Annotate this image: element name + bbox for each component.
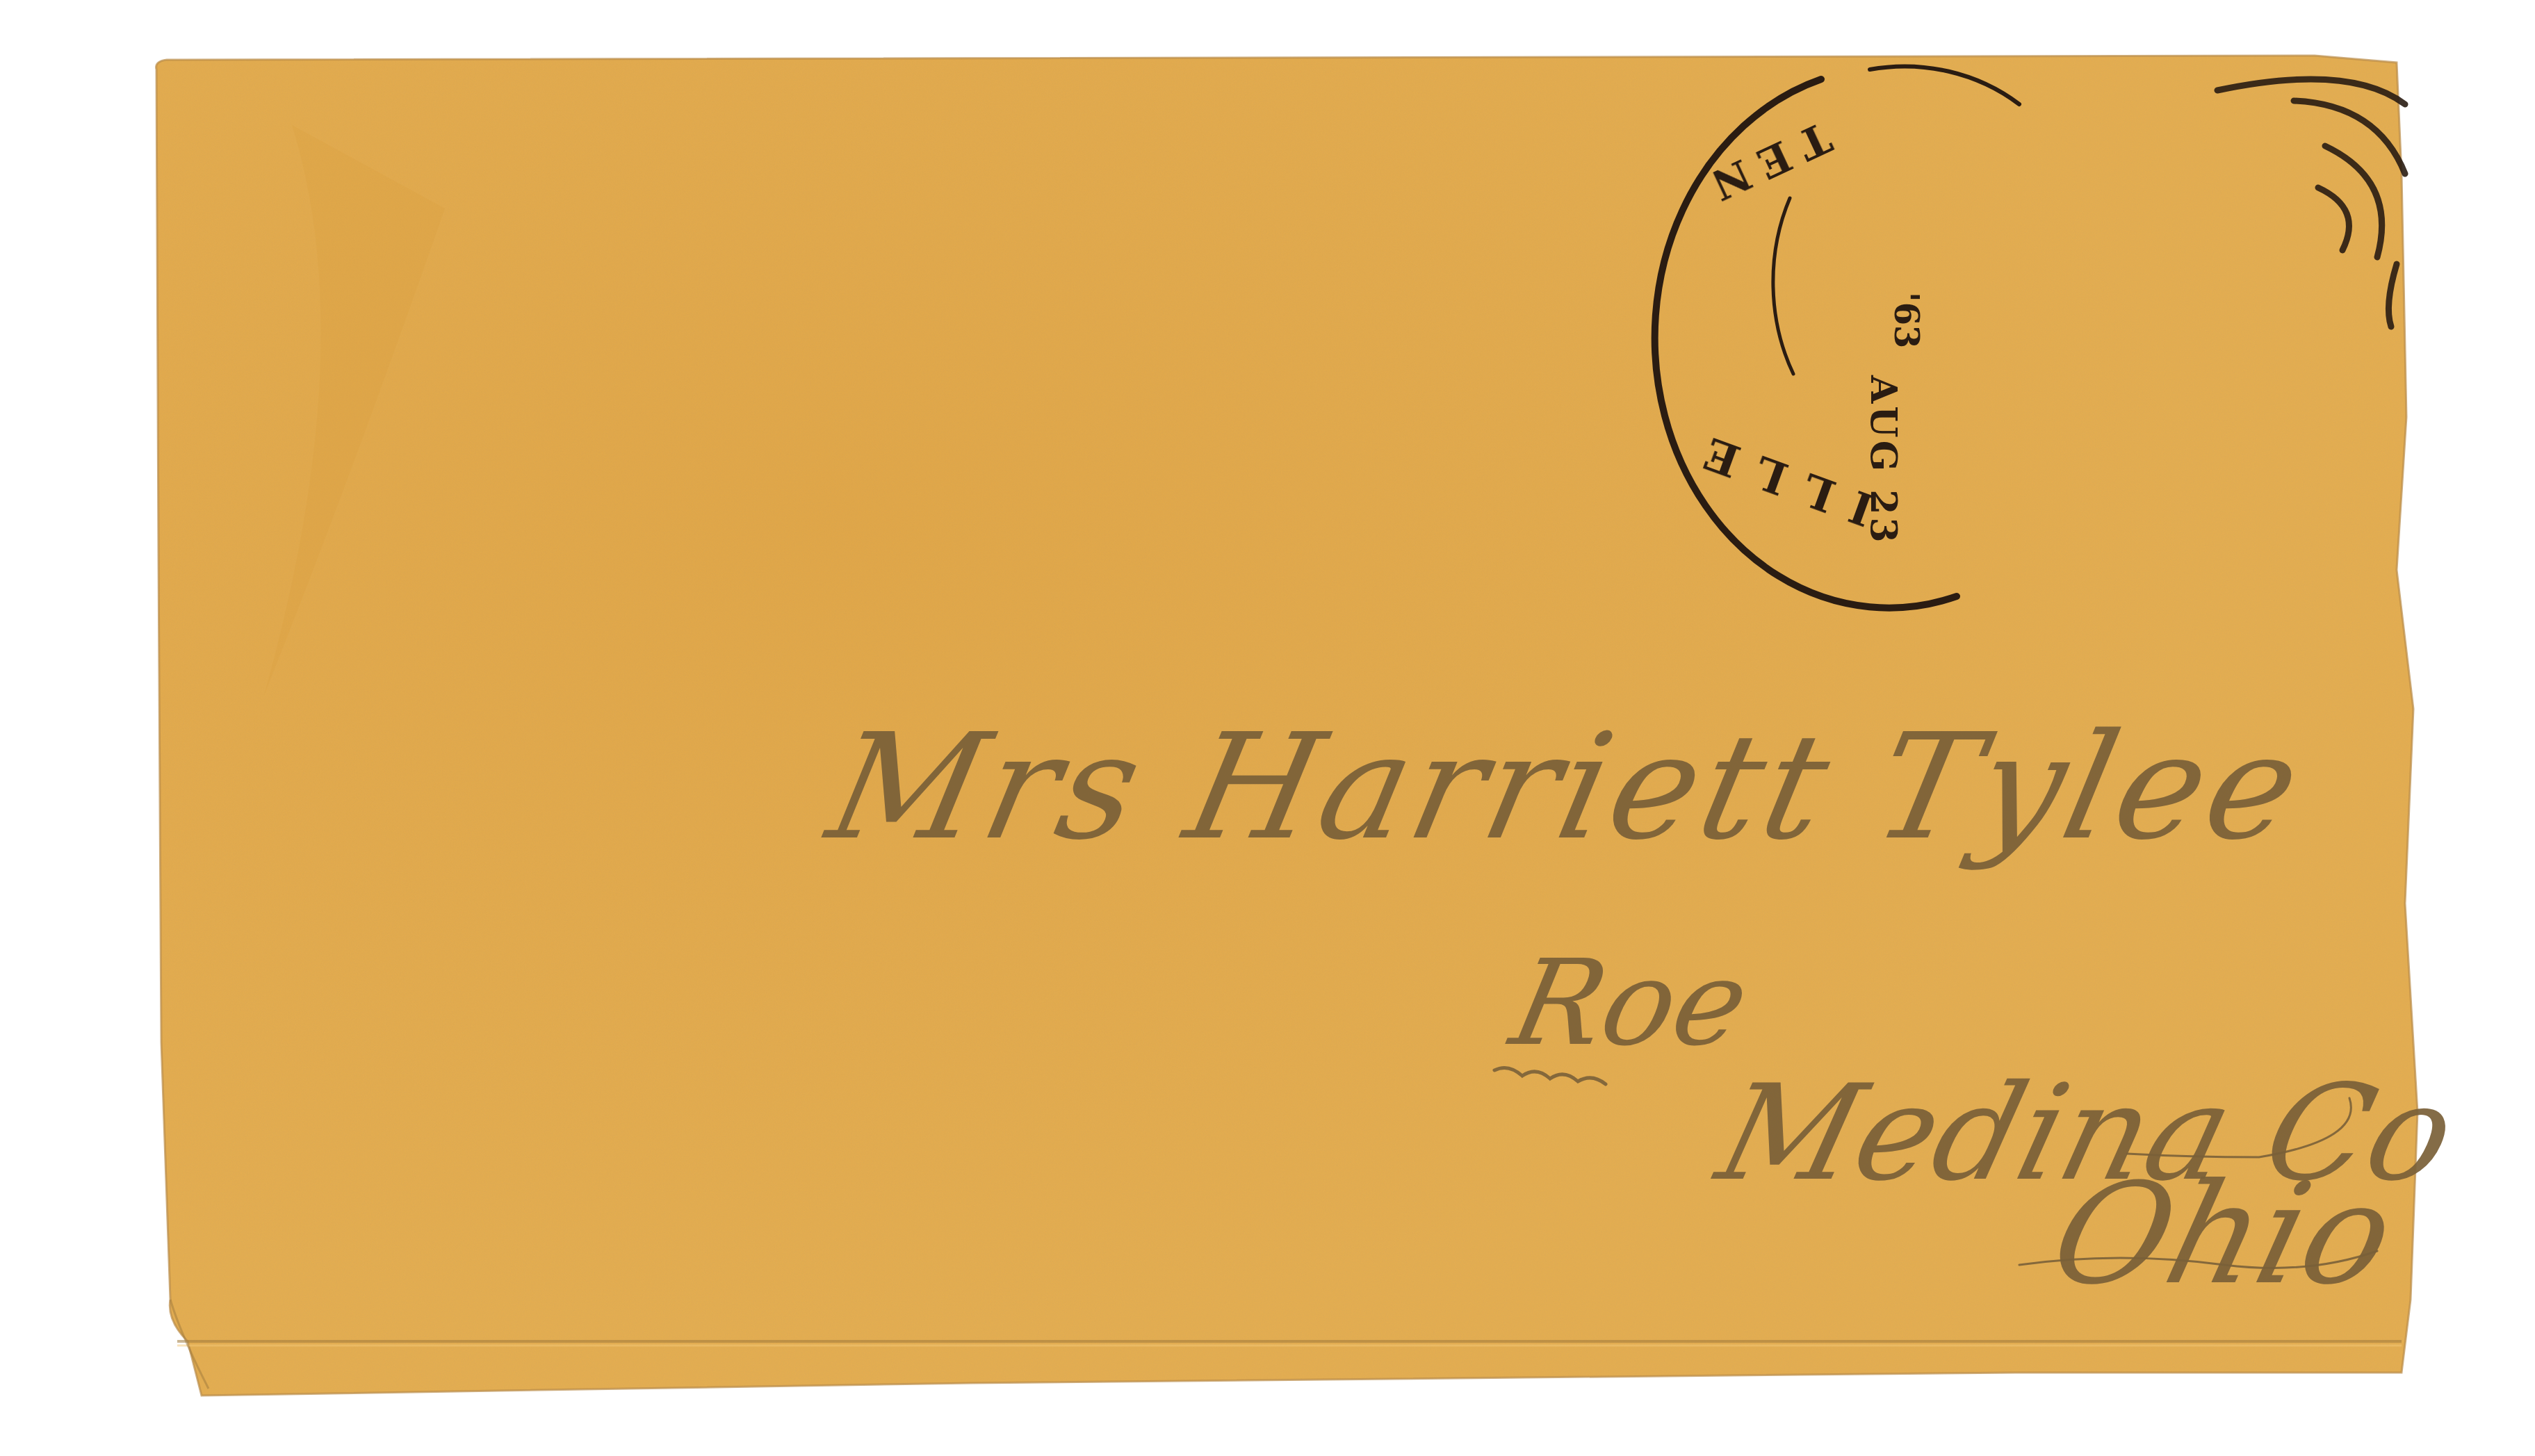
postmark-date: AUG 23 '63 xyxy=(1752,188,1918,396)
address-po-prefix: Roe xyxy=(1501,935,1760,1072)
address-line-3: Ohio xyxy=(2037,1154,2409,1316)
postmark-year: '63 xyxy=(1886,292,1925,349)
envelope: AUG 23 '63 TEN ILLE Mrs Harriett Tylee R… xyxy=(0,0,2535,1456)
address-line-1: Mrs Harriett Tylee xyxy=(816,702,2318,872)
postmark-month: AUG xyxy=(1862,375,1905,474)
